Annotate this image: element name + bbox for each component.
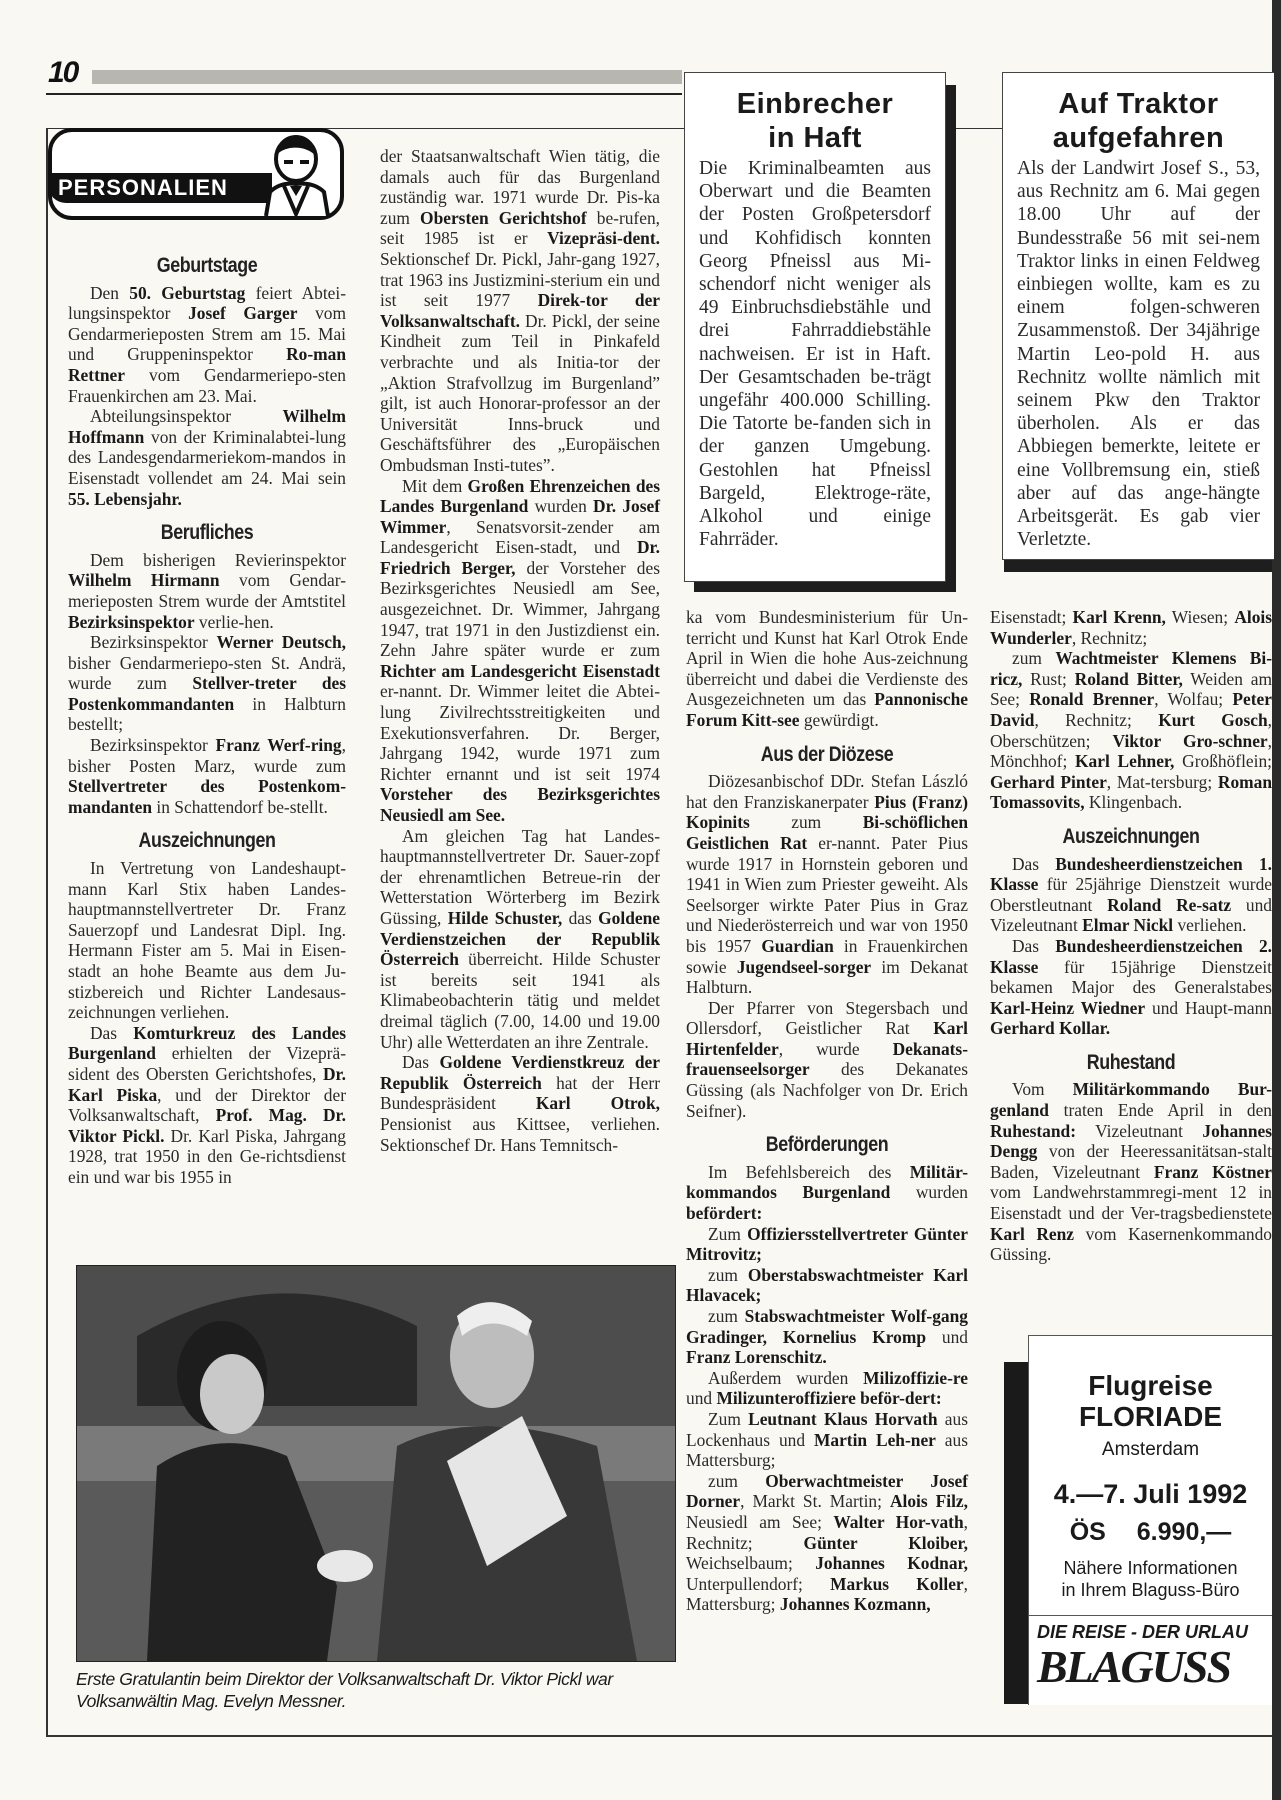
person-icon — [260, 134, 340, 218]
section-heading-ruhestand: Ruhestand — [1011, 1053, 1251, 1074]
paragraph: Vom Militärkommando Bur-genland traten E… — [990, 1079, 1272, 1264]
paragraph: Außerdem wurden Milizoffizie-re und Mili… — [686, 1368, 968, 1409]
paragraph: Bezirksinspektor Franz Werf-ring, bisher… — [68, 735, 346, 817]
ad-info-1: Nähere Informationen — [1029, 1557, 1272, 1579]
paragraph: Im Befehlsbereich des Militär-kommandos … — [686, 1162, 968, 1224]
ad-tagline: DIE REISE - DER URLAU — [1037, 1622, 1272, 1643]
article-traktor: Auf Traktor aufgefahren Als der Landwirt… — [1002, 72, 1274, 560]
ad-shadow — [1004, 1362, 1028, 1704]
ad-dates: 4.—7. Juli 1992 — [1029, 1479, 1272, 1510]
paragraph: Den 50. Geburtstag feiert Abtei-lungsins… — [68, 283, 346, 407]
paragraph: der Staatsanwaltschaft Wien tätig, die d… — [380, 146, 660, 476]
paragraph: Zum Leutnant Klaus Horvath aus Lockenhau… — [686, 1409, 968, 1471]
section-heading-geburtstage: Geburtstage — [89, 256, 325, 277]
paragraph: Abteilungsinspektor Wilhelm Hoffmann von… — [68, 406, 346, 509]
article-einbrecher: Einbrecher in Haft Die Kriminalbeamten a… — [684, 72, 946, 582]
column-2: der Staatsanwaltschaft Wien tätig, die d… — [380, 146, 660, 1155]
personalien-label: PERSONALIEN — [58, 175, 228, 201]
ad-title-1: Flugreise — [1029, 1371, 1272, 1401]
paragraph: Das Bundesheerdienstzeichen 1. Klasse fü… — [990, 854, 1272, 936]
section-heading-dioezese: Aus der Diözese — [707, 745, 947, 766]
ad-info-2: in Ihrem Blaguss-Büro — [1029, 1579, 1272, 1601]
paragraph: Eisenstadt; Karl Krenn, Wiesen; Alois Wu… — [990, 607, 1272, 648]
headline-line-1: Einbrecher — [699, 89, 931, 119]
page-number: 10 — [48, 56, 77, 90]
headline-line-2: in Haft — [699, 123, 931, 153]
ad-city: Amsterdam — [1029, 1439, 1272, 1461]
section-heading-befoerderungen: Beförderungen — [707, 1135, 947, 1156]
header-band — [92, 70, 682, 84]
paragraph: Das Komturkreuz des Landes Burgenland er… — [68, 1023, 346, 1188]
photo-handshake — [76, 1265, 676, 1662]
box-shadow — [946, 85, 956, 592]
paragraph: zum Oberwachtmeister Josef Dorner, Markt… — [686, 1471, 968, 1615]
paragraph: Mit dem Großen Ehrenzeichen des Landes B… — [380, 476, 660, 826]
headline-line-2: aufgefahren — [1017, 123, 1260, 153]
blaguss-logo: BLAGUSS — [1037, 1643, 1272, 1691]
ad-price: 6.990,— — [1137, 1518, 1232, 1546]
headline-line-1: Auf Traktor — [1017, 89, 1260, 119]
photo-caption: Erste Gratulantin beim Direktor der Volk… — [76, 1668, 686, 1712]
section-heading-auszeichnungen-2: Auszeichnungen — [1011, 827, 1251, 848]
ad-blaguss[interactable]: Flugreise FLORIADE Amsterdam 4.—7. Juli … — [1028, 1335, 1272, 1705]
paragraph: Bezirksinspektor Werner Deutsch, bisher … — [68, 632, 346, 735]
photo-illustration — [77, 1266, 675, 1661]
section-heading-berufliches: Berufliches — [89, 523, 325, 544]
article-body: Als der Landwirt Josef S., 53, aus Rechn… — [1017, 157, 1260, 551]
section-heading-auszeichnungen: Auszeichnungen — [89, 831, 325, 852]
ad-currency: ÖS — [1070, 1518, 1106, 1546]
box-shadow — [1004, 560, 1272, 572]
paragraph: ka vom Bundesministerium für Un-terricht… — [686, 607, 968, 731]
ad-price-line: ÖS 6.990,— — [1029, 1518, 1272, 1547]
paragraph: zum Wachtmeister Klemens Bi-ricz, Rust; … — [990, 648, 1272, 813]
box-shadow — [694, 582, 956, 592]
paragraph: Das Goldene Verdienstkreuz der Republik … — [380, 1052, 660, 1155]
paragraph: Das Bundesheerdienstzeichen 2. Klasse fü… — [990, 936, 1272, 1039]
paragraph: zum Oberstabswachtmeister Karl Hlavacek; — [686, 1265, 968, 1306]
paragraph: Am gleichen Tag hat Landes-hauptmannstel… — [380, 826, 660, 1053]
paragraph: Dem bisherigen Revierinspektor Wilhelm H… — [68, 550, 346, 632]
ad-title-2: FLORIADE — [1029, 1401, 1272, 1433]
paragraph: In Vertretung von Landeshaupt-mann Karl … — [68, 858, 346, 1023]
column-3: ka vom Bundesministerium für Un-terricht… — [686, 607, 968, 1615]
paragraph: Zum Offiziersstellvertreter Günter Mitro… — [686, 1224, 968, 1265]
column-1: Geburtstage Den 50. Geburtstag feiert Ab… — [68, 242, 346, 1188]
paragraph: Der Pfarrer von Stegersbach und Ollersdo… — [686, 998, 968, 1122]
article-body: Die Kriminalbeamten aus Oberwart und die… — [699, 157, 931, 551]
column-4: Eisenstadt; Karl Krenn, Wiesen; Alois Wu… — [990, 607, 1272, 1265]
paragraph: Diözesanbischof DDr. Stefan László hat d… — [686, 771, 968, 998]
paragraph: zum Stabswachtmeister Wolf-gang Gradinge… — [686, 1306, 968, 1368]
header-rule — [46, 93, 682, 95]
